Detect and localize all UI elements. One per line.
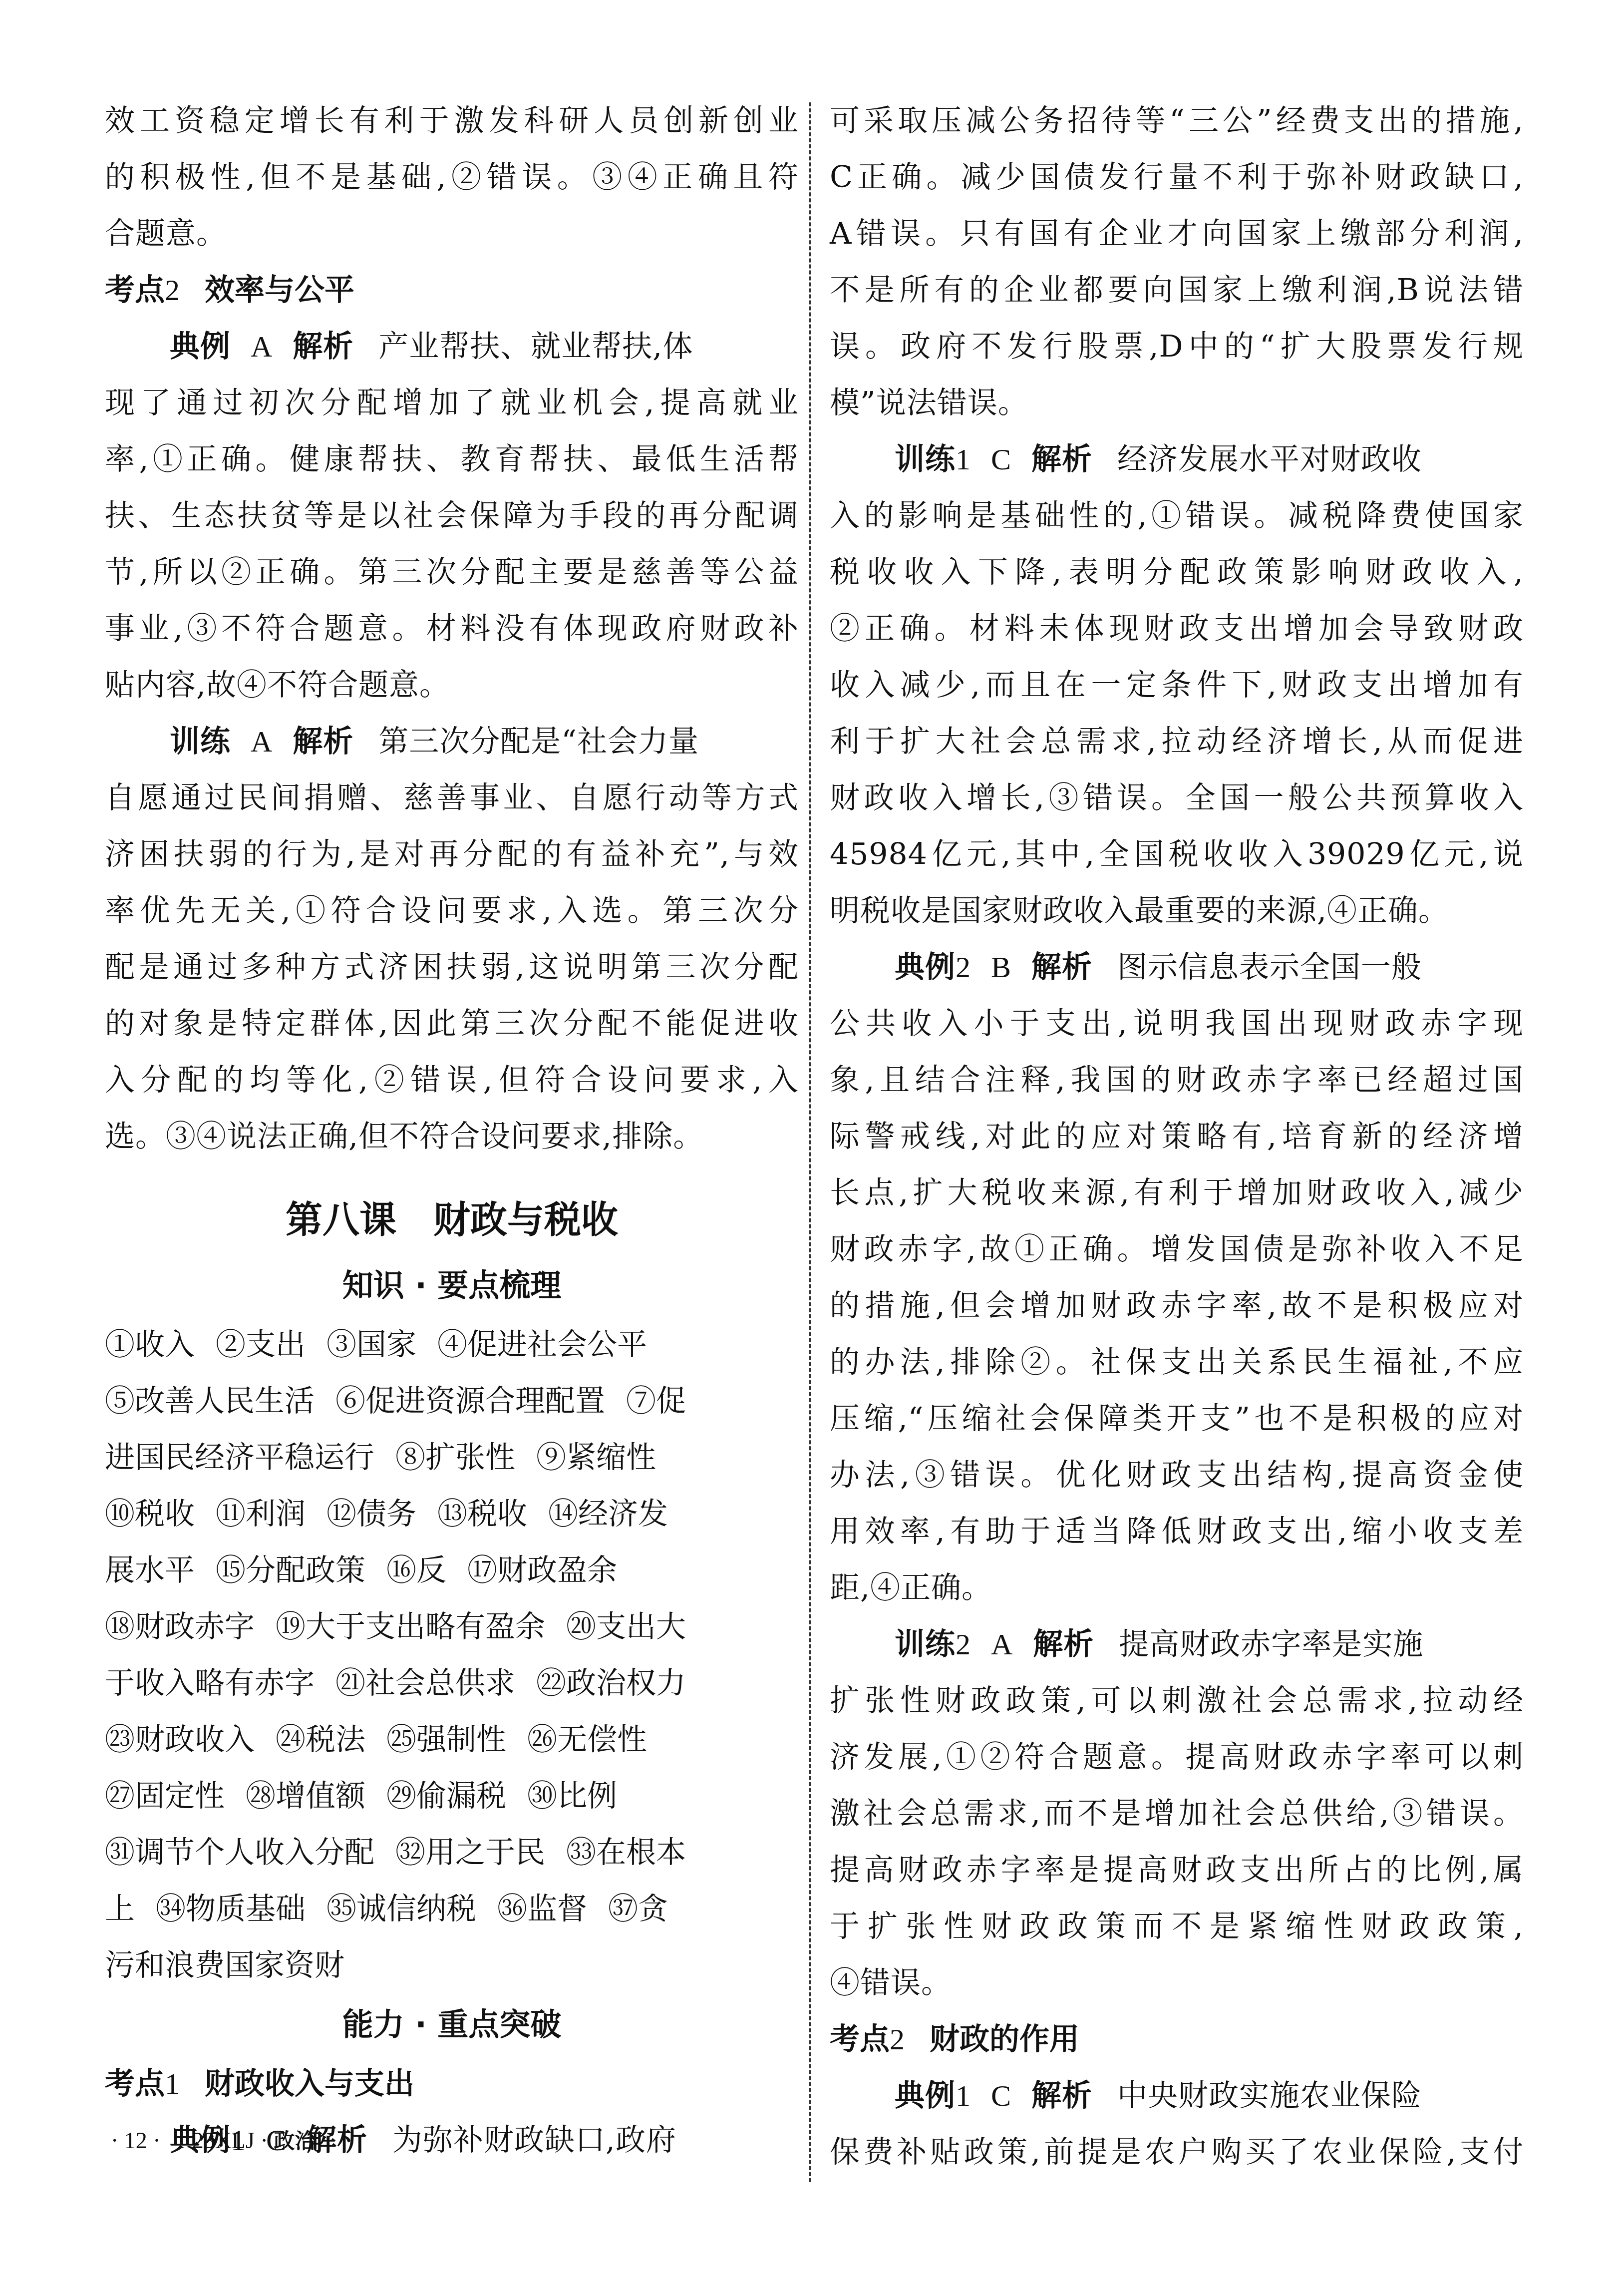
dianli-label: 典例 <box>895 2078 956 2113</box>
knowledge-item: ㉘增值额 <box>246 1779 365 1814</box>
text-line: 效工资稳定增长有利于激发科研人员创新创业 <box>105 93 799 149</box>
knowledge-line: ㉗固定性㉘增值额㉙偷漏税㉚比例 <box>105 1768 799 1825</box>
text-line: 的办法,排除②。社保支出关系民生福祉,不应 <box>830 1334 1524 1391</box>
dianli-number: 1 <box>956 2079 971 2112</box>
knowledge-item: ⑪利润 <box>216 1497 306 1531</box>
text-line: 现了通过初次分配增加了就业机会,提高就业 <box>105 375 799 431</box>
knowledge-item: ㉛调节个人收入分配 <box>105 1835 374 1870</box>
text-line: A错误。只有国有企业才向国家上缴部分利润, <box>830 206 1524 262</box>
text-line: 的对象是特定群体,因此第三次分配不能促进收 <box>105 996 799 1052</box>
page-footer: · 12 · 23XLJ · 政治 <box>111 2125 316 2155</box>
knowledge-item: 于收入略有赤字 <box>105 1666 315 1701</box>
column-divider <box>809 102 811 2182</box>
right-column: 可采取压减公务招待等“三公”经费支出的措施, C正确。减少国债发行量不利于弥补财… <box>830 93 1524 2181</box>
knowledge-item: 污和浪费国家资财 <box>105 1948 344 1983</box>
knowledge-item: ⑥促进资源合理配置 <box>335 1384 605 1419</box>
xunlian-number: 1 <box>956 443 971 476</box>
answer-letter: A <box>251 725 273 758</box>
jiexi-label: 解析 <box>1031 950 1092 985</box>
text-line: 办法,③错误。优化财政支出结构,提高资金使 <box>830 1447 1524 1504</box>
dianli2-first-line: 典例2B解析图示信息表示全国一般 <box>830 939 1524 996</box>
answer-letter: C <box>991 2079 1011 2112</box>
text-line: 收入减少,而且在一定条件下,财政支出增加有 <box>830 657 1524 714</box>
knowledge-item: ⑱财政赤字 <box>105 1609 255 1644</box>
kaodian-heading: 考点2财政的作用 <box>830 2011 1524 2068</box>
knowledge-item: ㉝在根本 <box>566 1835 686 1870</box>
answer-letter: A <box>251 330 273 363</box>
text-line: 象,且结合注释,我国的财政赤字率已经超过国 <box>830 1052 1524 1109</box>
text-line: 入分配的均等化,②错误,但符合设问要求,入 <box>105 1052 799 1109</box>
text-line: ②正确。材料未体现财政支出增加会导致财政 <box>830 601 1524 657</box>
knowledge-item: ⑳支出大 <box>566 1609 686 1644</box>
knowledge-item: ①收入 <box>105 1327 195 1362</box>
footer-separator: · <box>260 2128 268 2153</box>
answer-letter: C <box>991 443 1011 476</box>
knowledge-item: ㊲贪 <box>608 1892 668 1926</box>
ability-section-title: 能力 · 重点突破 <box>105 1994 799 2056</box>
knowledge-item: ㉜用之于民 <box>395 1835 545 1870</box>
text-span: 第三次分配是“社会力量 <box>378 724 699 759</box>
dianli-number: 2 <box>956 951 971 984</box>
left-column: 效工资稳定增长有利于激发科研人员创新创业 的积极性,但不是基础,②错误。③④正确… <box>105 93 799 2169</box>
jiexi-label: 解析 <box>293 724 353 759</box>
xunlian-first-line: 训练A解析第三次分配是“社会力量 <box>105 714 799 770</box>
knowledge-item: ②支出 <box>216 1327 306 1362</box>
text-line: 配是通过多种方式济困扶弱,这说明第三次分配 <box>105 939 799 996</box>
knowledge-line: ①收入②支出③国家④促进社会公平 <box>105 1317 799 1373</box>
knowledge-line: ㉛调节个人收入分配㉜用之于民㉝在根本 <box>105 1825 799 1881</box>
kaodian-heading: 考点1财政收入与支出 <box>105 2056 799 2112</box>
xunlian-number: 2 <box>956 1628 971 1661</box>
text-line: 压缩,“压缩社会保障类开支”也不是积极的应对 <box>830 1391 1524 1447</box>
knowledge-item: ㉗固定性 <box>105 1779 225 1814</box>
page-number: · 12 · <box>111 2128 161 2153</box>
text-line: 扩张性财政政策,可以刺激社会总需求,拉动经 <box>830 1673 1524 1729</box>
kaodian-title: 效率与公平 <box>205 273 354 308</box>
text-line: 距,④正确。 <box>830 1560 1524 1616</box>
text-span: 经济发展水平对财政收 <box>1117 442 1422 477</box>
knowledge-item: ⑲大于支出略有盈余 <box>276 1609 545 1644</box>
text-line: 用效率,有助于适当降低财政支出,缩小收支差 <box>830 1504 1524 1560</box>
knowledge-item: ⑨紧缩性 <box>536 1440 656 1475</box>
knowledge-line: 于收入略有赤字㉑社会总供求㉒政治权力 <box>105 1655 799 1712</box>
text-line: ④错误。 <box>830 1955 1524 2011</box>
jiexi-label: 解析 <box>307 2123 367 2158</box>
knowledge-item: ⑬税收 <box>437 1497 527 1531</box>
knowledge-line: 进国民经济平稳运行⑧扩张性⑨紧缩性 <box>105 1430 799 1486</box>
knowledge-item: ④促进社会公平 <box>437 1327 647 1362</box>
knowledge-item: ⑧扩张性 <box>395 1440 515 1475</box>
text-line: 际警戒线,对此的应对策略有,培育新的经济增 <box>830 1109 1524 1165</box>
knowledge-item: ㉞物质基础 <box>156 1892 306 1926</box>
text-line: C正确。减少国债发行量不利于弥补财政缺口, <box>830 149 1524 206</box>
jiexi-label: 解析 <box>1033 1627 1094 1662</box>
text-line: 税收收入下降,表明分配政策影响财政收入, <box>830 544 1524 601</box>
knowledge-item: ⑭经济发 <box>548 1497 668 1531</box>
text-line: 不是所有的企业都要向国家上缴利润,B说法错 <box>830 262 1524 319</box>
knowledge-line: ㉓财政收入㉔税法㉕强制性㉖无偿性 <box>105 1712 799 1768</box>
knowledge-item: 上 <box>105 1892 135 1926</box>
knowledge-item: ㉕强制性 <box>386 1722 506 1757</box>
text-line: 选。③④说法正确,但不符合设问要求,排除。 <box>105 1109 799 1165</box>
text-line: 济困扶弱的行为,是对再分配的有益补充”,与效 <box>105 826 799 883</box>
text-span: 图示信息表示全国一般 <box>1117 950 1422 985</box>
knowledge-line: 展水平⑮分配政策⑯反⑰财政盈余 <box>105 1542 799 1599</box>
text-span: 提高财政赤字率是实施 <box>1119 1627 1423 1662</box>
knowledge-item: ㉚比例 <box>527 1779 617 1814</box>
knowledge-item: ㉔税法 <box>276 1722 365 1757</box>
jiexi-label: 解析 <box>293 329 353 364</box>
answer-letter: A <box>991 1628 1013 1661</box>
text-line: 率,①正确。健康帮扶、教育帮扶、最低生活帮 <box>105 431 799 488</box>
jiexi-label: 解析 <box>1031 2078 1092 2113</box>
lesson-title: 第八课 财政与税收 <box>105 1185 799 1255</box>
kaodian-label: 考点 <box>105 273 165 308</box>
text-line: 于扩张性财政政策而不是紧缩性财政政策, <box>830 1899 1524 1955</box>
xunlian-label: 训练 <box>170 724 231 759</box>
xunlian1-first-line: 训练1C解析经济发展水平对财政收 <box>830 431 1524 488</box>
text-line: 可采取压减公务招待等“三公”经费支出的措施, <box>830 93 1524 149</box>
knowledge-item: ⑩税收 <box>105 1497 195 1531</box>
knowledge-line: ⑩税收⑪利润⑫债务⑬税收⑭经济发 <box>105 1486 799 1542</box>
text-line: 贴内容,故④不符合题意。 <box>105 657 799 714</box>
knowledge-item: ⑤改善人民生活 <box>105 1384 315 1419</box>
knowledge-item: 进国民经济平稳运行 <box>105 1440 374 1475</box>
book-code: 23XLJ <box>192 2128 255 2153</box>
knowledge-item: ⑰财政盈余 <box>467 1553 617 1588</box>
kaodian-title: 财政收入与支出 <box>205 2066 414 2101</box>
knowledge-item: ㉒政治权力 <box>536 1666 686 1701</box>
text-line: 模”说法错误。 <box>830 375 1524 431</box>
kaodian-title: 财政的作用 <box>930 2022 1079 2057</box>
text-line: 财政收入增长,③错误。全国一般公共预算收入 <box>830 770 1524 826</box>
text-span: 产业帮扶、就业帮扶,体 <box>378 329 693 364</box>
text-line: 入的影响是基础性的,①错误。减税降费使国家 <box>830 488 1524 544</box>
knowledge-line: ⑱财政赤字⑲大于支出略有盈余⑳支出大 <box>105 1599 799 1655</box>
knowledge-item: ⑫债务 <box>326 1497 416 1531</box>
text-span: 为弥补财政缺口,政府 <box>392 2123 676 2158</box>
jiexi-label: 解析 <box>1031 442 1092 477</box>
subject-label: 政治 <box>274 2129 316 2153</box>
dianli-label: 典例 <box>170 329 231 364</box>
text-line: 济发展,①②符合题意。提高财政赤字率可以刺 <box>830 1729 1524 1786</box>
text-line: 节,所以②正确。第三次分配主要是慈善等公益 <box>105 544 799 601</box>
text-line: 合题意。 <box>105 206 799 262</box>
text-line: 财政赤字,故①正确。增发国债是弥补收入不足 <box>830 1221 1524 1278</box>
text-line: 利于扩大社会总需求,拉动经济增长,从而促进 <box>830 714 1524 770</box>
knowledge-section-title: 知识 · 要点梳理 <box>105 1255 799 1317</box>
dianli-label: 典例 <box>895 950 956 985</box>
knowledge-line: 上㉞物质基础㉟诚信纳税㊱监督㊲贪 <box>105 1881 799 1937</box>
kaodian-number: 2 <box>165 274 180 307</box>
text-line: 提高财政赤字率是提高财政支出所占的比例,属 <box>830 1842 1524 1899</box>
kaodian-label: 考点 <box>105 2066 165 2101</box>
text-line: 激社会总需求,而不是增加社会总供给,③错误。 <box>830 1786 1524 1842</box>
knowledge-item: 展水平 <box>105 1553 195 1588</box>
knowledge-item: ㉓财政收入 <box>105 1722 255 1757</box>
text-line: 的措施,但会增加财政赤字率,故不是积极应对 <box>830 1278 1524 1334</box>
text-line: 事业,③不符合题意。材料没有体现政府财政补 <box>105 601 799 657</box>
knowledge-item: ㉟诚信纳税 <box>326 1892 476 1926</box>
xunlian-label: 训练 <box>895 1627 956 1662</box>
text-span: 中央财政实施农业保险 <box>1117 2078 1422 2113</box>
knowledge-item: ⑮分配政策 <box>216 1553 365 1588</box>
text-line: 的积极性,但不是基础,②错误。③④正确且符 <box>105 149 799 206</box>
xunlian-label: 训练 <box>895 442 956 477</box>
text-line: 45984亿元,其中,全国税收收入39029亿元,说 <box>830 826 1524 883</box>
knowledge-item: ㉖无偿性 <box>527 1722 647 1757</box>
knowledge-item: ㉑社会总供求 <box>335 1666 515 1701</box>
answer-letter: B <box>991 951 1011 984</box>
knowledge-line: 污和浪费国家资财 <box>105 1937 799 1994</box>
knowledge-item: ㊱监督 <box>497 1892 587 1926</box>
text-line: 率优先无关,①符合设问要求,入选。第三次分 <box>105 883 799 939</box>
xunlian2-first-line: 训练2A解析提高财政赤字率是实施 <box>830 1616 1524 1673</box>
knowledge-item: ⑯反 <box>386 1553 446 1588</box>
knowledge-item: ③国家 <box>326 1327 416 1362</box>
text-line: 长点,扩大税收来源,有利于增加财政收入,减少 <box>830 1165 1524 1221</box>
dianli1-first-line: 典例1C解析中央财政实施农业保险 <box>830 2068 1524 2124</box>
kaodian-heading: 考点2效率与公平 <box>105 262 799 319</box>
text-line: 明税收是国家财政收入最重要的来源,④正确。 <box>830 883 1524 939</box>
text-line: 误。政府不发行股票,D中的“扩大股票发行规 <box>830 319 1524 375</box>
kaodian-number: 1 <box>165 2067 180 2100</box>
text-line: 自愿通过民间捐赠、慈善事业、自愿行动等方式 <box>105 770 799 826</box>
knowledge-item: ㉙偷漏税 <box>386 1779 506 1814</box>
knowledge-item: ⑦促 <box>626 1384 686 1419</box>
dianli-first-line: 典例A解析产业帮扶、就业帮扶,体 <box>105 319 799 375</box>
kaodian-number: 2 <box>890 2023 905 2056</box>
text-line: 公共收入小于支出,说明我国出现财政赤字现 <box>830 996 1524 1052</box>
knowledge-key-list: ①收入②支出③国家④促进社会公平⑤改善人民生活⑥促进资源合理配置⑦促进国民经济平… <box>105 1317 799 1994</box>
text-line: 保费补贴政策,前提是农户购买了农业保险,支付 <box>830 2124 1524 2181</box>
text-line: 扶、生态扶贫等是以社会保障为手段的再分配调 <box>105 488 799 544</box>
knowledge-line: ⑤改善人民生活⑥促进资源合理配置⑦促 <box>105 1373 799 1430</box>
kaodian-label: 考点 <box>830 2022 890 2057</box>
